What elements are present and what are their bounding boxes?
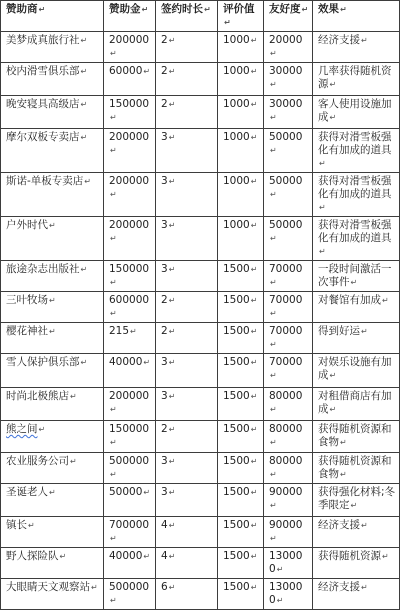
cell-text: 80000	[269, 455, 302, 467]
header-label: 签约时长	[161, 3, 203, 15]
paragraph-mark-icon: ↵	[251, 488, 258, 497]
paragraph-mark-icon: ↵	[382, 296, 389, 305]
cell-sponsor: 圣诞老人↵	[1, 484, 104, 517]
paragraph-mark-icon: ↵	[340, 470, 347, 479]
cell-duration: 2↵	[156, 421, 218, 453]
cell-text: 150000	[109, 423, 149, 435]
cell-duration: 3↵	[156, 261, 218, 292]
paragraph-mark-icon: ↵	[169, 457, 176, 466]
cell-text: 40000	[109, 356, 142, 368]
cell-money: 150000↵	[104, 261, 156, 292]
table-row: 晚安寝具高级店↵150000↵2↵1000↵30000↵客人使用设施加成↵	[1, 96, 400, 129]
table-row: 圣诞老人↵50000↵3↵1500↵90000↵获得强化材料;冬季限定↵	[1, 484, 400, 517]
cell-text: 时尚北极熊店	[6, 390, 69, 402]
cell-duration: 3↵	[156, 354, 218, 388]
cell-sponsor: 晚安寝具高级店↵	[1, 96, 104, 129]
cell-friendship: 130000↵	[264, 579, 313, 610]
paragraph-mark-icon: ↵	[110, 438, 117, 447]
cell-rating: 1500↵	[218, 323, 264, 354]
cell-text: 3	[161, 390, 168, 402]
paragraph-mark-icon: ↵	[251, 327, 258, 336]
cell-effect: 客人使用设施加成↵	[313, 96, 400, 129]
paragraph-mark-icon: ↵	[169, 133, 176, 142]
paragraph-mark-icon: ↵	[49, 327, 56, 336]
cell-rating: 1000↵	[218, 32, 264, 63]
cell-duration: 3↵	[156, 217, 218, 261]
cell-friendship: 80000↵	[264, 388, 313, 421]
paragraph-mark-icon: ↵	[204, 5, 211, 14]
cell-money: 215↵	[104, 323, 156, 354]
cell-text: 1000	[223, 219, 250, 231]
cell-friendship: 50000↵	[264, 129, 313, 173]
cell-text: 40000	[109, 550, 142, 562]
cell-text: 经济支援	[318, 581, 360, 593]
cell-text: 1500	[223, 325, 250, 337]
cell-text: 70000	[269, 294, 302, 306]
cell-text: 2	[161, 294, 168, 306]
paragraph-mark-icon: ↵	[110, 278, 117, 287]
header-label: 友好度	[269, 3, 301, 15]
header-cell-money: 赞助金↵	[104, 1, 156, 32]
table-row: 美梦成真旅行社↵200000↵2↵1000↵20000↵经济支援↵	[1, 32, 400, 63]
cell-money: 40000↵	[104, 354, 156, 388]
cell-text: 20000	[269, 34, 302, 46]
sponsor-table: 赞助商↵赞助金↵签约时长↵评价值↵友好度↵效果↵ 美梦成真旅行社↵200000↵…	[0, 0, 400, 610]
cell-text: 80000	[269, 423, 302, 435]
paragraph-mark-icon: ↵	[169, 177, 176, 186]
cell-money: 200000↵	[104, 388, 156, 421]
cell-text: 2	[161, 34, 168, 46]
cell-sponsor: 樱花神社↵	[1, 323, 104, 354]
cell-text: 圣诞老人	[6, 486, 48, 498]
paragraph-mark-icon: ↵	[84, 177, 91, 186]
cell-text: 50000	[269, 175, 302, 187]
cell-friendship: 70000↵	[264, 292, 313, 323]
cell-text: 经济支援	[318, 34, 360, 46]
cell-sponsor: 熊之间↵	[1, 421, 104, 453]
cell-text: 4	[161, 550, 168, 562]
paragraph-mark-icon: ↵	[39, 5, 46, 14]
cell-text: 农业服务公司	[6, 455, 69, 467]
paragraph-mark-icon: ↵	[382, 552, 389, 561]
cell-text: 150000	[109, 263, 149, 275]
paragraph-mark-icon: ↵	[70, 457, 77, 466]
paragraph-mark-icon: ↵	[270, 80, 277, 89]
cell-text: 对餐馆有加成	[318, 294, 381, 306]
cell-sponsor: 旅途杂志出版社↵	[1, 261, 104, 292]
header-cell-sponsor: 赞助商↵	[1, 1, 104, 32]
header-label: 赞助商	[6, 3, 38, 15]
cell-text: 3	[161, 356, 168, 368]
paragraph-mark-icon: ↵	[270, 501, 277, 510]
table-row: 户外时代↵200000↵3↵1000↵50000↵获得对滑雪板强化有加成的道具↵	[1, 217, 400, 261]
paragraph-mark-icon: ↵	[143, 552, 150, 561]
cell-text: 户外时代	[6, 219, 48, 231]
paragraph-mark-icon: ↵	[110, 596, 117, 605]
table-row: 大眼睛天文观察站↵500000↵6↵1500↵130000↵经济支援↵	[1, 579, 400, 610]
paragraph-mark-icon: ↵	[169, 67, 176, 76]
cell-friendship: 70000↵	[264, 261, 313, 292]
cell-money: 60000↵	[104, 63, 156, 96]
paragraph-mark-icon: ↵	[81, 265, 88, 274]
cell-text: 雪人保护俱乐部	[6, 356, 80, 368]
paragraph-mark-icon: ↵	[110, 49, 117, 58]
cell-text: 3	[161, 219, 168, 231]
cell-text: 镇长	[6, 519, 27, 531]
header-row: 赞助商↵赞助金↵签约时长↵评价值↵友好度↵效果↵	[1, 1, 400, 32]
cell-text: 校内滑雪俱乐部	[6, 65, 80, 77]
cell-text: 1000	[223, 98, 250, 110]
cell-sponsor: 校内滑雪俱乐部↵	[1, 63, 104, 96]
cell-effect: 对租借商店有加成↵	[313, 388, 400, 421]
table-row: 镇长↵700000↵4↵1500↵90000↵经济支援↵	[1, 517, 400, 548]
cell-text: 200000	[109, 390, 149, 402]
cell-text: 6	[161, 581, 168, 593]
cell-friendship: 70000↵	[264, 323, 313, 354]
header-cell-rating: 评价值↵	[218, 1, 264, 32]
paragraph-mark-icon: ↵	[81, 358, 88, 367]
cell-sponsor: 野人探险队↵	[1, 548, 104, 579]
cell-text: 1500	[223, 581, 250, 593]
cell-effect: 对餐馆有加成↵	[313, 292, 400, 323]
table-row: 樱花神社↵215↵2↵1500↵70000↵得到好运↵	[1, 323, 400, 354]
header-label: 效果	[318, 3, 339, 15]
cell-text: 130000	[269, 581, 302, 606]
cell-duration: 4↵	[156, 548, 218, 579]
paragraph-mark-icon: ↵	[60, 552, 67, 561]
cell-duration: 6↵	[156, 579, 218, 610]
cell-text: 130000	[269, 550, 302, 575]
cell-text: 得到好运	[318, 325, 360, 337]
cell-text: 樱花神社	[6, 325, 48, 337]
cell-friendship: 80000↵	[264, 453, 313, 484]
cell-duration: 3↵	[156, 388, 218, 421]
cell-text: 1500	[223, 356, 250, 368]
paragraph-mark-icon: ↵	[340, 438, 347, 447]
cell-effect: 一段时间激活一次事件↵	[313, 261, 400, 292]
cell-rating: 1500↵	[218, 453, 264, 484]
paragraph-mark-icon: ↵	[49, 296, 56, 305]
cell-text: 200000	[109, 131, 149, 143]
cell-effect: 获得强化材料;冬季限定↵	[313, 484, 400, 517]
paragraph-mark-icon: ↵	[110, 309, 117, 318]
cell-rating: 1000↵	[218, 63, 264, 96]
cell-text: 500000	[109, 455, 149, 467]
cell-sponsor: 大眼睛天文观察站↵	[1, 579, 104, 610]
paragraph-mark-icon: ↵	[319, 159, 326, 168]
cell-effect: 得到好运↵	[313, 323, 400, 354]
cell-duration: 2↵	[156, 292, 218, 323]
cell-text: 215	[109, 325, 129, 337]
cell-text: 获得对滑雪板强化有加成的道具	[318, 219, 392, 244]
cell-friendship: 80000↵	[264, 421, 313, 453]
cell-rating: 1000↵	[218, 217, 264, 261]
cell-text: 3	[161, 455, 168, 467]
paragraph-mark-icon: ↵	[110, 146, 117, 155]
paragraph-mark-icon: ↵	[169, 221, 176, 230]
paragraph-mark-icon: ↵	[110, 234, 117, 243]
paragraph-mark-icon: ↵	[169, 100, 176, 109]
cell-text: 2	[161, 65, 168, 77]
paragraph-mark-icon: ↵	[251, 552, 258, 561]
paragraph-mark-icon: ↵	[169, 425, 176, 434]
paragraph-mark-icon: ↵	[351, 278, 358, 287]
paragraph-mark-icon: ↵	[251, 583, 258, 592]
paragraph-mark-icon: ↵	[49, 221, 56, 230]
cell-money: 200000↵	[104, 217, 156, 261]
paragraph-mark-icon: ↵	[143, 67, 150, 76]
cell-effect: 经济支援↵	[313, 32, 400, 63]
cell-text: 150000	[109, 98, 149, 110]
cell-rating: 1500↵	[218, 292, 264, 323]
cell-friendship: 30000↵	[264, 96, 313, 129]
header-label: 赞助金	[109, 3, 141, 15]
cell-rating: 1500↵	[218, 261, 264, 292]
cell-text: 200000	[109, 34, 149, 46]
cell-text: 30000	[269, 98, 302, 110]
cell-friendship: 90000↵	[264, 484, 313, 517]
cell-money: 200000↵	[104, 129, 156, 173]
cell-text: 50000	[269, 219, 302, 231]
cell-friendship: 90000↵	[264, 517, 313, 548]
paragraph-mark-icon: ↵	[142, 5, 149, 14]
cell-sponsor: 雪人保护俱乐部↵	[1, 354, 104, 388]
paragraph-mark-icon: ↵	[270, 49, 277, 58]
cell-money: 200000↵	[104, 173, 156, 217]
cell-text: 3	[161, 263, 168, 275]
paragraph-mark-icon: ↵	[110, 534, 117, 543]
cell-text: 2	[161, 423, 168, 435]
paragraph-mark-icon: ↵	[251, 100, 258, 109]
cell-text: 600000	[109, 294, 149, 306]
cell-text: 700000	[109, 519, 149, 531]
cell-sponsor: 农业服务公司↵	[1, 453, 104, 484]
paragraph-mark-icon: ↵	[169, 358, 176, 367]
paragraph-mark-icon: ↵	[110, 470, 117, 479]
cell-duration: 3↵	[156, 173, 218, 217]
cell-effect: 获得随机资源和食物↵	[313, 421, 400, 453]
paragraph-mark-icon: ↵	[39, 425, 46, 434]
cell-rating: 1500↵	[218, 548, 264, 579]
cell-rating: 1000↵	[218, 96, 264, 129]
paragraph-mark-icon: ↵	[81, 133, 88, 142]
paragraph-mark-icon: ↵	[49, 488, 56, 497]
sponsor-table-header: 赞助商↵赞助金↵签约时长↵评价值↵友好度↵效果↵	[1, 1, 400, 32]
header-cell-effect: 效果↵	[313, 1, 400, 32]
paragraph-mark-icon: ↵	[81, 67, 88, 76]
paragraph-mark-icon: ↵	[251, 133, 258, 142]
cell-friendship: 20000↵	[264, 32, 313, 63]
cell-text: 1500	[223, 519, 250, 531]
cell-rating: 1500↵	[218, 354, 264, 388]
paragraph-mark-icon: ↵	[270, 113, 277, 122]
cell-rating: 1500↵	[218, 579, 264, 610]
cell-money: 500000↵	[104, 453, 156, 484]
paragraph-mark-icon: ↵	[169, 327, 176, 336]
table-row: 旅途杂志出版社↵150000↵3↵1500↵70000↵一段时间激活一次事件↵	[1, 261, 400, 292]
cell-duration: 3↵	[156, 453, 218, 484]
table-row: 野人探险队↵40000↵4↵1500↵130000↵获得随机资源↵	[1, 548, 400, 579]
cell-text: 50000	[269, 131, 302, 143]
cell-sponsor: 三叶牧场↵	[1, 292, 104, 323]
paragraph-mark-icon: ↵	[110, 405, 117, 414]
paragraph-mark-icon: ↵	[270, 534, 277, 543]
paragraph-mark-icon: ↵	[319, 203, 326, 212]
cell-text: 70000	[269, 263, 302, 275]
cell-effect: 经济支援↵	[313, 517, 400, 548]
cell-duration: 4↵	[156, 517, 218, 548]
cell-text: 1500	[223, 390, 250, 402]
cell-effect: 获得随机资源和食物↵	[313, 453, 400, 484]
paragraph-mark-icon: ↵	[270, 438, 277, 447]
cell-money: 600000↵	[104, 292, 156, 323]
cell-text: 1500	[223, 455, 250, 467]
paragraph-mark-icon: ↵	[224, 18, 231, 27]
table-row: 农业服务公司↵500000↵3↵1500↵80000↵获得随机资源和食物↵	[1, 453, 400, 484]
paragraph-mark-icon: ↵	[277, 565, 284, 574]
cell-money: 150000↵	[104, 421, 156, 453]
paragraph-mark-icon: ↵	[169, 488, 176, 497]
cell-text: 200000	[109, 175, 149, 187]
paragraph-mark-icon: ↵	[330, 371, 337, 380]
cell-text: 获得随机资源	[318, 550, 381, 562]
cell-text: 野人探险队	[6, 550, 59, 562]
table-row: 熊之间↵150000↵2↵1500↵80000↵获得随机资源和食物↵	[1, 421, 400, 453]
paragraph-mark-icon: ↵	[251, 457, 258, 466]
paragraph-mark-icon: ↵	[270, 309, 277, 318]
cell-text: 4	[161, 519, 168, 531]
cell-text: 1500	[223, 486, 250, 498]
paragraph-mark-icon: ↵	[143, 358, 150, 367]
cell-text: 1500	[223, 294, 250, 306]
cell-text: 500000	[109, 581, 149, 593]
table-row: 斯诺-单板专卖店↵200000↵3↵1000↵50000↵获得对滑雪板强化有加成…	[1, 173, 400, 217]
cell-text: 50000	[109, 486, 142, 498]
cell-text: 摩尔双板专卖店	[6, 131, 80, 143]
paragraph-mark-icon: ↵	[143, 488, 150, 497]
paragraph-mark-icon: ↵	[270, 234, 277, 243]
cell-text: 90000	[269, 486, 302, 498]
cell-text: 1000	[223, 65, 250, 77]
paragraph-mark-icon: ↵	[91, 583, 98, 592]
cell-rating: 1500↵	[218, 517, 264, 548]
cell-text: 2	[161, 325, 168, 337]
cell-text: 获得随机资源和食物	[318, 423, 392, 448]
paragraph-mark-icon: ↵	[169, 521, 176, 530]
cell-money: 150000↵	[104, 96, 156, 129]
paragraph-mark-icon: ↵	[251, 67, 258, 76]
cell-sponsor: 户外时代↵	[1, 217, 104, 261]
cell-text: 1000	[223, 175, 250, 187]
paragraph-mark-icon: ↵	[130, 327, 137, 336]
cell-money: 40000↵	[104, 548, 156, 579]
paragraph-mark-icon: ↵	[110, 113, 117, 122]
cell-sponsor: 斯诺-单板专卖店↵	[1, 173, 104, 217]
table-row: 校内滑雪俱乐部↵60000↵2↵1000↵30000↵几率获得随机资源↵	[1, 63, 400, 96]
cell-effect: 几率获得随机资源↵	[313, 63, 400, 96]
cell-text: 1500	[223, 263, 250, 275]
cell-duration: 3↵	[156, 129, 218, 173]
cell-text: 70000	[269, 356, 302, 368]
paragraph-mark-icon: ↵	[251, 265, 258, 274]
paragraph-mark-icon: ↵	[361, 36, 368, 45]
paragraph-mark-icon: ↵	[270, 278, 277, 287]
cell-friendship: 50000↵	[264, 217, 313, 261]
cell-text: 1000	[223, 131, 250, 143]
cell-money: 50000↵	[104, 484, 156, 517]
cell-effect: 获得对滑雪板强化有加成的道具↵	[313, 217, 400, 261]
cell-text: 美梦成真旅行社	[6, 34, 80, 46]
cell-duration: 2↵	[156, 63, 218, 96]
cell-rating: 1500↵	[218, 388, 264, 421]
header-cell-duration: 签约时长↵	[156, 1, 218, 32]
cell-sponsor: 美梦成真旅行社↵	[1, 32, 104, 63]
table-row: 雪人保护俱乐部↵40000↵3↵1500↵70000↵对娱乐设施有加成↵	[1, 354, 400, 388]
paragraph-mark-icon: ↵	[169, 583, 176, 592]
cell-text: 2	[161, 98, 168, 110]
cell-friendship: 130000↵	[264, 548, 313, 579]
cell-text: 3	[161, 175, 168, 187]
paragraph-mark-icon: ↵	[251, 521, 258, 530]
cell-text: 经济支援	[318, 519, 360, 531]
cell-effect: 获得对滑雪板强化有加成的道具↵	[313, 129, 400, 173]
cell-friendship: 30000↵	[264, 63, 313, 96]
cell-duration: 3↵	[156, 484, 218, 517]
cell-text: 3	[161, 486, 168, 498]
table-row: 三叶牧场↵600000↵2↵1500↵70000↵对餐馆有加成↵	[1, 292, 400, 323]
paragraph-mark-icon: ↵	[361, 521, 368, 530]
paragraph-mark-icon: ↵	[70, 392, 77, 401]
paragraph-mark-icon: ↵	[361, 583, 368, 592]
cell-text: 200000	[109, 219, 149, 231]
paragraph-mark-icon: ↵	[330, 80, 337, 89]
cell-effect: 对娱乐设施有加成↵	[313, 354, 400, 388]
cell-text: 3	[161, 131, 168, 143]
cell-effect: 经济支援↵	[313, 579, 400, 610]
paragraph-mark-icon: ↵	[81, 100, 88, 109]
cell-sponsor: 镇长↵	[1, 517, 104, 548]
paragraph-mark-icon: ↵	[251, 36, 258, 45]
cell-text: 熊之间	[6, 423, 38, 435]
paragraph-mark-icon: ↵	[110, 190, 117, 199]
paragraph-mark-icon: ↵	[277, 596, 284, 605]
cell-text: 60000	[109, 65, 142, 77]
table-row: 摩尔双板专卖店↵200000↵3↵1000↵50000↵获得对滑雪板强化有加成的…	[1, 129, 400, 173]
paragraph-mark-icon: ↵	[169, 265, 176, 274]
cell-rating: 1000↵	[218, 129, 264, 173]
paragraph-mark-icon: ↵	[270, 470, 277, 479]
cell-text: 90000	[269, 519, 302, 531]
paragraph-mark-icon: ↵	[351, 501, 358, 510]
paragraph-mark-icon: ↵	[251, 425, 258, 434]
paragraph-mark-icon: ↵	[251, 221, 258, 230]
paragraph-mark-icon: ↵	[270, 405, 277, 414]
cell-effect: 获得对滑雪板强化有加成的道具↵	[313, 173, 400, 217]
cell-text: 晚安寝具高级店	[6, 98, 80, 110]
paragraph-mark-icon: ↵	[251, 392, 258, 401]
paragraph-mark-icon: ↵	[319, 247, 326, 256]
cell-money: 700000↵	[104, 517, 156, 548]
cell-text: 80000	[269, 390, 302, 402]
table-row: 时尚北极熊店↵200000↵3↵1500↵80000↵对租借商店有加成↵	[1, 388, 400, 421]
cell-text: 斯诺-单板专卖店	[6, 175, 83, 187]
paragraph-mark-icon: ↵	[251, 296, 258, 305]
cell-text: 1000	[223, 34, 250, 46]
cell-friendship: 50000↵	[264, 173, 313, 217]
paragraph-mark-icon: ↵	[81, 36, 88, 45]
paragraph-mark-icon: ↵	[251, 177, 258, 186]
cell-friendship: 70000↵	[264, 354, 313, 388]
